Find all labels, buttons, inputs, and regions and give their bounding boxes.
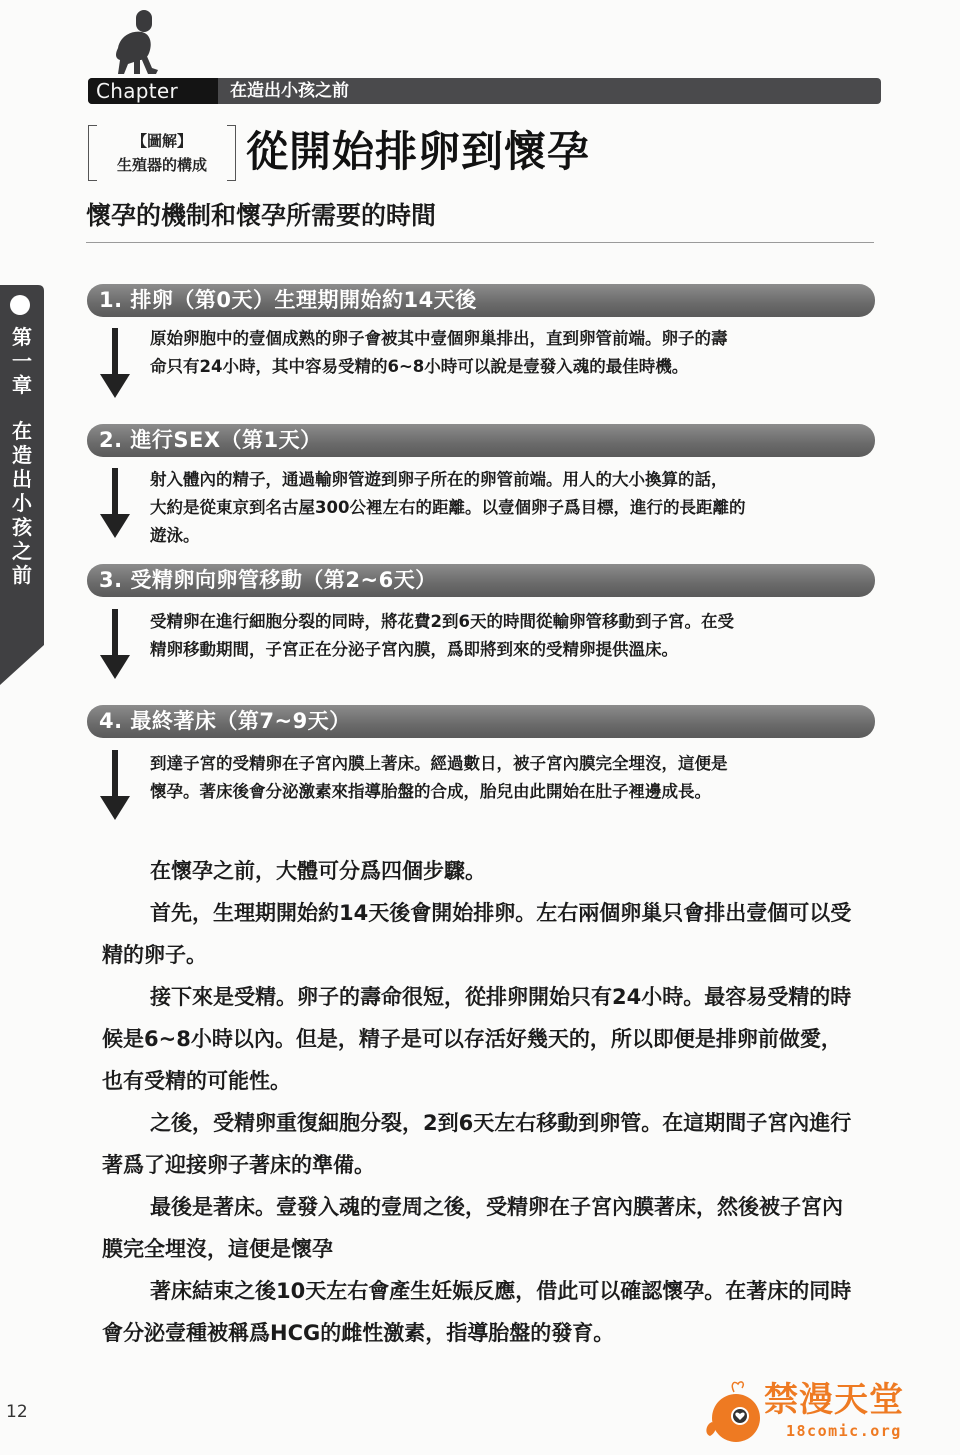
chapter-title: 在造出小孩之前 xyxy=(218,78,349,104)
category-line-2: 生殖器的構成 xyxy=(88,153,236,177)
step-line: 懷孕。著床後會分泌激素來指導胎盤的合成，胎兒由此開始在肚子裡邊成長。 xyxy=(150,778,850,806)
step-description-4: 到達子宮的受精卵在子宮內膜上著床。經過數日，被子宮內膜完全埋沒，這便是 懷孕。著… xyxy=(150,750,850,806)
chapter-header-bar: Chapter 01 在造出小孩之前 xyxy=(88,78,881,104)
step-heading-2: 2. 進行SEX（第1天） xyxy=(87,424,875,457)
step-line: 遊泳。 xyxy=(150,522,850,550)
watermark-url: 18comic.org xyxy=(786,1422,902,1440)
page-subtitle: 懷孕的機制和懷孕所需要的時間 xyxy=(86,197,436,235)
paragraph: 首先，生理期開始約14天後會開始排卵。左右兩個卵巢只會排出壹個可以受精的卵子。 xyxy=(102,892,862,976)
paragraph: 最後是著床。壹發入魂的壹周之後，受精卵在子宮內膜著床，然後被子宮內膜完全埋沒，這… xyxy=(102,1186,862,1270)
side-char: 前 xyxy=(12,563,32,587)
step-description-1: 原始卵胞中的壹個成熟的卵子會被其中壹個卵巢排出，直到卵管前端。卵子的壽 命只有2… xyxy=(150,325,850,381)
side-char: 造 xyxy=(12,443,32,467)
down-arrow-icon xyxy=(100,468,130,538)
paragraph: 著床結束之後10天左右會產生妊娠反應，借此可以確認懷孕。在著床的同時會分泌壹種被… xyxy=(102,1270,862,1354)
side-chapter-tab: 第 一 章 在 造 出 小 孩 之 前 xyxy=(0,285,44,685)
watermark-logo[interactable]: 禁漫天堂 18comic.org xyxy=(700,1378,950,1450)
side-char: 孩 xyxy=(12,515,32,539)
down-arrow-icon xyxy=(100,750,130,820)
step-heading-1: 1. 排卵（第0天）生理期開始約14天後 xyxy=(87,284,875,317)
side-char: 小 xyxy=(12,491,32,515)
paragraph: 接下來是受精。卵子的壽命很短，從排卵開始只有24小時。最容易受精的時候是6~8小… xyxy=(102,976,862,1102)
title-divider xyxy=(86,242,874,243)
side-char: 出 xyxy=(12,467,32,491)
side-char: 在 xyxy=(12,419,32,443)
step-line: 射入體內的精子，通過輸卵管遊到卵子所在的卵管前端。用人的大小換算的話， xyxy=(150,466,850,494)
step-line: 到達子宮的受精卵在子宮內膜上著床。經過數日，被子宮內膜完全埋沒，這便是 xyxy=(150,750,850,778)
step-description-3: 受精卵在進行細胞分裂的同時，將花費2到6天的時間從輸卵管移動到子宮。在受 精卵移… xyxy=(150,608,850,664)
page-title: 從開始排卵到懷孕 xyxy=(246,122,590,182)
down-arrow-icon xyxy=(100,609,130,679)
whale-mascot-icon xyxy=(700,1378,766,1450)
side-char: 第 xyxy=(12,325,32,349)
watermark-name: 禁漫天堂 xyxy=(764,1378,904,1422)
side-char: 章 xyxy=(12,373,32,397)
paragraph: 在懷孕之前，大體可分爲四個步驟。 xyxy=(102,850,862,892)
paragraph: 之後，受精卵重復細胞分裂，2到6天左右移動到卵管。在這期間子宮內進行著爲了迎接卵… xyxy=(102,1102,862,1186)
page-number: 12 xyxy=(6,1402,28,1422)
side-char: 之 xyxy=(12,539,32,563)
crawling-baby-icon xyxy=(100,8,180,76)
diagram-category-label: 【圖解】 生殖器的構成 xyxy=(88,125,236,181)
step-description-2: 射入體內的精子，通過輸卵管遊到卵子所在的卵管前端。用人的大小換算的話， 大約是從… xyxy=(150,466,850,550)
side-char: 一 xyxy=(12,349,32,373)
category-line-1: 【圖解】 xyxy=(88,129,236,153)
side-tab-dot-icon xyxy=(10,295,30,315)
step-line: 受精卵在進行細胞分裂的同時，將花費2到6天的時間從輸卵管移動到子宮。在受 xyxy=(150,608,850,636)
step-line: 原始卵胞中的壹個成熟的卵子會被其中壹個卵巢排出，直到卵管前端。卵子的壽 xyxy=(150,325,850,353)
step-line: 命只有24小時，其中容易受精的6~8小時可以說是壹發入魂的最佳時機。 xyxy=(150,353,850,381)
step-heading-4: 4. 最終著床（第7~9天） xyxy=(87,705,875,738)
step-heading-3: 3. 受精卵向卵管移動（第2~6天） xyxy=(87,564,875,597)
down-arrow-icon xyxy=(100,328,130,398)
step-line: 精卵移動期間，子宮正在分泌子宮內膜，爲即將到來的受精卵提供溫床。 xyxy=(150,636,850,664)
step-line: 大約是從東京到名古屋300公裡左右的距離。以壹個卵子爲目標，進行的長距離的 xyxy=(150,494,850,522)
chapter-label: Chapter 01 xyxy=(88,78,218,104)
